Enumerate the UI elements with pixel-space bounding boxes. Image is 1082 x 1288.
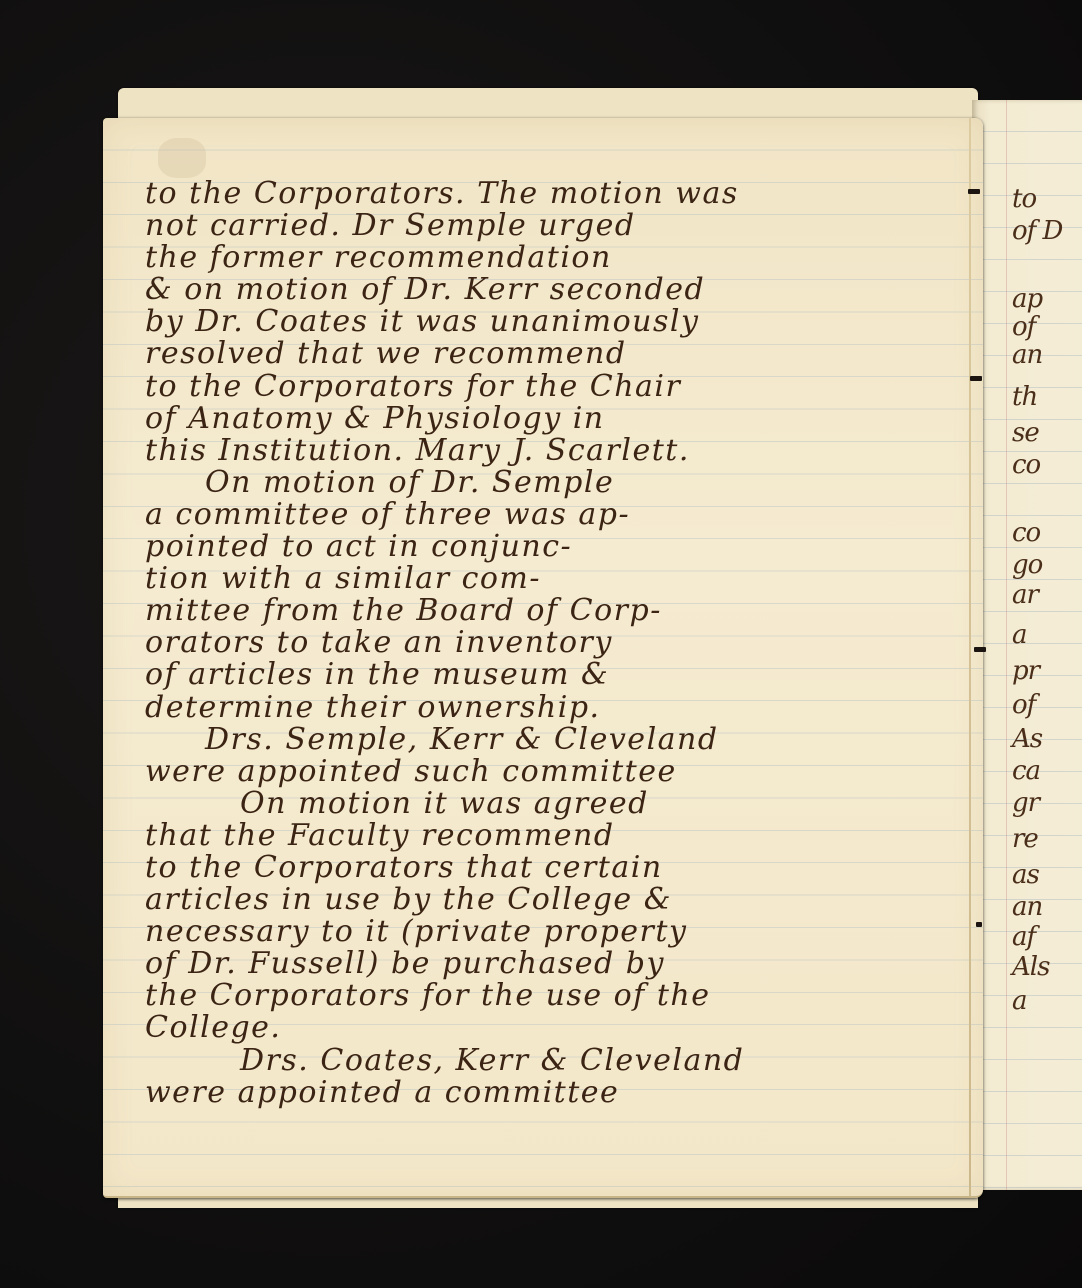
facing-fragment: se	[1012, 418, 1039, 448]
text-line: were appointed such committee	[145, 756, 925, 788]
text-line: this Institution. Mary J. Scarlett.	[145, 435, 925, 467]
text-line: necessary to it (private property	[145, 916, 925, 948]
facing-fragment: of	[1012, 312, 1035, 342]
binding-stitch	[968, 189, 980, 194]
facing-fragment: co	[1012, 450, 1040, 480]
facing-fragment: af	[1012, 922, 1035, 952]
text-line: mittee from the Board of Corp-	[145, 595, 925, 627]
text-line: On motion it was agreed	[145, 788, 925, 820]
text-line: orators to take an inventory	[145, 627, 925, 659]
facing-fragment: a	[1012, 986, 1027, 1016]
facing-fragment: ap	[1012, 284, 1042, 314]
text-line: of articles in the museum &	[145, 659, 925, 691]
facing-fragment: go	[1012, 550, 1042, 580]
facing-fragment: an	[1012, 892, 1042, 922]
facing-fragment: co	[1012, 518, 1040, 548]
text-line: Drs. Coates, Kerr & Cleveland	[145, 1045, 925, 1077]
text-line: were appointed a committee	[145, 1077, 925, 1109]
text-line: articles in use by the College &	[145, 884, 925, 916]
facing-fragment: gr	[1012, 788, 1039, 818]
facing-fragment: as	[1012, 860, 1039, 890]
binding-stitch	[974, 647, 986, 652]
text-line: of Anatomy & Physiology in	[145, 403, 925, 435]
text-line: tion with a similar com-	[145, 563, 925, 595]
facing-fragment: As	[1012, 724, 1042, 754]
text-line: not carried. Dr Semple urged	[145, 210, 925, 242]
text-line: a committee of three was ap-	[145, 499, 925, 531]
text-line: determine their ownership.	[145, 692, 925, 724]
text-line: On motion of Dr. Semple	[145, 467, 925, 499]
text-line: resolved that we recommend	[145, 338, 925, 370]
text-line: to the Corporators that certain	[145, 852, 925, 884]
text-line: to the Corporators for the Chair	[145, 371, 925, 403]
text-line: by Dr. Coates it was unanimously	[145, 306, 925, 338]
text-line: Drs. Semple, Kerr & Cleveland	[145, 724, 925, 756]
text-line: of Dr. Fussell) be purchased by	[145, 948, 925, 980]
handwritten-text: to the Corporators. The motion was not c…	[145, 178, 925, 1109]
text-line: the former recommendation	[145, 242, 925, 274]
paper-stain	[158, 138, 206, 178]
binding-stitch	[970, 376, 982, 381]
facing-fragment: ar	[1012, 580, 1038, 610]
binding-stitch	[976, 922, 982, 927]
facing-page-text: to of D ap of an th se co co go ar a pr …	[1012, 100, 1082, 1190]
text-line: that the Faculty recommend	[145, 820, 925, 852]
facing-page: to of D ap of an th se co co go ar a pr …	[972, 100, 1082, 1190]
text-line: pointed to act in conjunc-	[145, 531, 925, 563]
text-line: to the Corporators. The motion was	[145, 178, 925, 210]
facing-page-margin-rule	[1006, 100, 1007, 1190]
facing-fragment: th	[1012, 382, 1037, 412]
facing-fragment: ca	[1012, 756, 1040, 786]
text-line: the Corporators for the use of the	[145, 980, 925, 1012]
facing-fragment: an	[1012, 340, 1042, 370]
facing-fragment: to	[1012, 184, 1036, 214]
text-line: College.	[145, 1012, 925, 1044]
text-line: & on motion of Dr. Kerr seconded	[145, 274, 925, 306]
facing-fragment: of D	[1012, 216, 1062, 246]
facing-fragment: Als	[1012, 952, 1049, 982]
facing-fragment: a	[1012, 620, 1027, 650]
facing-fragment: of	[1012, 690, 1035, 720]
facing-fragment: re	[1012, 824, 1038, 854]
facing-fragment: pr	[1012, 656, 1039, 686]
